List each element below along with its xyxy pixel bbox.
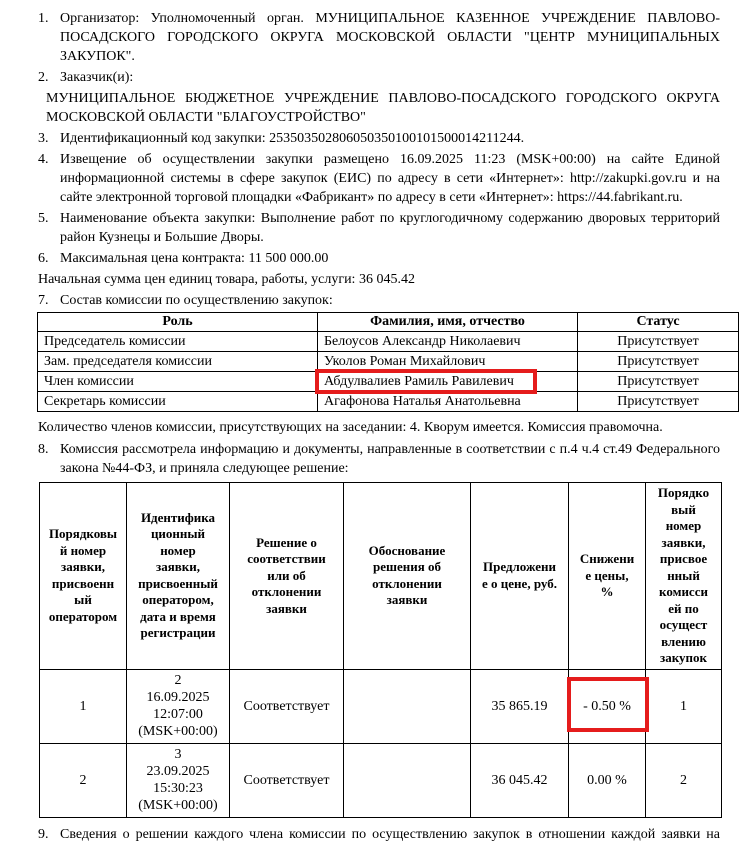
role-cell: Зам. председателя комиссии (38, 352, 318, 372)
item-1-number: 1. (38, 9, 49, 28)
bid-commission-number-cell: 2 (646, 743, 722, 817)
header-price-offer: Предложени е о цене, руб. (471, 483, 569, 670)
status-cell: Присутствует (578, 392, 739, 412)
commission-table: Роль Фамилия, имя, отчество Статус Предс… (37, 312, 739, 412)
status-cell: Присутствует (578, 332, 739, 352)
name-cell: Агафонова Наталья Анатольевна (318, 392, 578, 412)
list-item-6: 6. Максимальная цена контракта: 11 500 0… (38, 249, 720, 268)
item-7-number: 7. (38, 291, 49, 310)
status-cell: Присутствует (578, 352, 739, 372)
decision-table: Порядковы й номер заявки, присвоенн ый о… (39, 482, 722, 818)
commission-row: Секретарь комиссии Агафонова Наталья Ана… (38, 392, 739, 412)
commission-composition-label: Состав комиссии по осуществлению закупок… (60, 291, 720, 310)
bid-id-datetime-cell: 2 16.09.2025 12:07:00 (MSK+00:00) (127, 669, 230, 743)
commission-row: Член комиссии Абдулвалиев Рамиль Равилев… (38, 372, 739, 392)
customer-name-paragraph: МУНИЦИПАЛЬНОЕ БЮДЖЕТНОЕ УЧРЕЖДЕНИЕ ПАВЛО… (46, 89, 720, 127)
header-compliance-decision: Решение о соответствии или об отклонении… (230, 483, 344, 670)
header-rejection-justification: Обоснование решения об отклонении заявки (344, 483, 471, 670)
bid-justification-cell (344, 669, 471, 743)
initial-unit-price-sum-text: Начальная сумма цен единиц товара, работ… (38, 270, 720, 289)
member-name-text: Абдулвалиев Рамиль Равилевич (324, 374, 514, 389)
notice-publication-text: Извещение об осуществлении закупки разме… (60, 150, 720, 207)
name-cell: Белоусов Александр Николаевич (318, 332, 578, 352)
list-item-5: 5. Наименование объекта закупки: Выполне… (38, 209, 720, 247)
item-2-number: 2. (38, 68, 49, 87)
bid-id-datetime-cell: 3 23.09.2025 15:30:23 (MSK+00:00) (127, 743, 230, 817)
header-application-number-operator: Порядковы й номер заявки, присвоенн ый о… (40, 483, 127, 670)
item-3-number: 3. (38, 129, 49, 148)
list-item-2: 2. Заказчик(и): (38, 68, 720, 87)
bid-reduction-cell-highlighted: - 0.50 % (569, 669, 646, 743)
purchase-object-text: Наименование объекта закупки: Выполнение… (60, 209, 720, 247)
list-item-9: 9. Сведения о решении каждого члена коми… (38, 825, 720, 841)
list-item-7: 7. Состав комиссии по осуществлению заку… (38, 291, 720, 310)
customer-label: Заказчик(и): (60, 68, 720, 87)
price-reduction-text: - 0.50 % (583, 699, 631, 714)
list-item-1: 1. Организатор: Уполномоченный орган. МУ… (38, 9, 720, 66)
bid-order-number-cell: 2 (40, 743, 127, 817)
commission-header-role: Роль (38, 313, 318, 332)
item-6-number: 6. (38, 249, 49, 268)
item-9-number: 9. (38, 825, 49, 841)
bid-row: 1 2 16.09.2025 12:07:00 (MSK+00:00) Соот… (40, 669, 722, 743)
role-cell: Член комиссии (38, 372, 318, 392)
bid-row: 2 3 23.09.2025 15:30:23 (MSK+00:00) Соот… (40, 743, 722, 817)
bid-reduction-cell: 0.00 % (569, 743, 646, 817)
bid-justification-cell (344, 743, 471, 817)
header-price-reduction: Снижени е цены, % (569, 483, 646, 670)
list-item-4: 4. Извещение об осуществлении закупки ра… (38, 150, 720, 207)
document-page: 1. Организатор: Уполномоченный орган. МУ… (0, 0, 748, 841)
header-identification-number: Идентифика ционный номер заявки, присвое… (127, 483, 230, 670)
bid-order-number-cell: 1 (40, 669, 127, 743)
bid-decision-cell: Соответствует (230, 743, 344, 817)
quorum-statement: Количество членов комиссии, присутствующ… (38, 418, 720, 437)
bid-commission-number-cell: 1 (646, 669, 722, 743)
commission-header-status: Статус (578, 313, 739, 332)
member-decisions-info-text: Сведения о решении каждого члена комисси… (60, 825, 720, 841)
purchase-id-code-text: Идентификационный код закупки: 253503502… (60, 129, 720, 148)
bid-price-cell: 36 045.42 (471, 743, 569, 817)
commission-row: Председатель комиссии Белоусов Александр… (38, 332, 739, 352)
commission-header-row: Роль Фамилия, имя, отчество Статус (38, 313, 739, 332)
bid-decision-cell: Соответствует (230, 669, 344, 743)
item-4-number: 4. (38, 150, 49, 169)
status-cell: Присутствует (578, 372, 739, 392)
commission-decision-text: Комиссия рассмотрела информацию и докуме… (60, 440, 720, 478)
item-5-number: 5. (38, 209, 49, 228)
name-cell: Уколов Роман Михайлович (318, 352, 578, 372)
commission-row: Зам. председателя комиссии Уколов Роман … (38, 352, 739, 372)
item-8-number: 8. (38, 440, 49, 459)
list-item-8: 8. Комиссия рассмотрела информацию и док… (38, 440, 720, 478)
name-cell-highlighted: Абдулвалиев Рамиль Равилевич (318, 372, 578, 392)
list-item-3: 3. Идентификационный код закупки: 253503… (38, 129, 720, 148)
decision-header-row: Порядковы й номер заявки, присвоенн ый о… (40, 483, 722, 670)
organizer-text: Организатор: Уполномоченный орган. МУНИЦ… (60, 9, 720, 66)
commission-header-name: Фамилия, имя, отчество (318, 313, 578, 332)
role-cell: Секретарь комиссии (38, 392, 318, 412)
bid-price-cell: 35 865.19 (471, 669, 569, 743)
max-contract-price-text: Максимальная цена контракта: 11 500 000.… (60, 249, 720, 268)
role-cell: Председатель комиссии (38, 332, 318, 352)
header-application-number-commission: Порядко вый номер заявки, присвое нный к… (646, 483, 722, 670)
